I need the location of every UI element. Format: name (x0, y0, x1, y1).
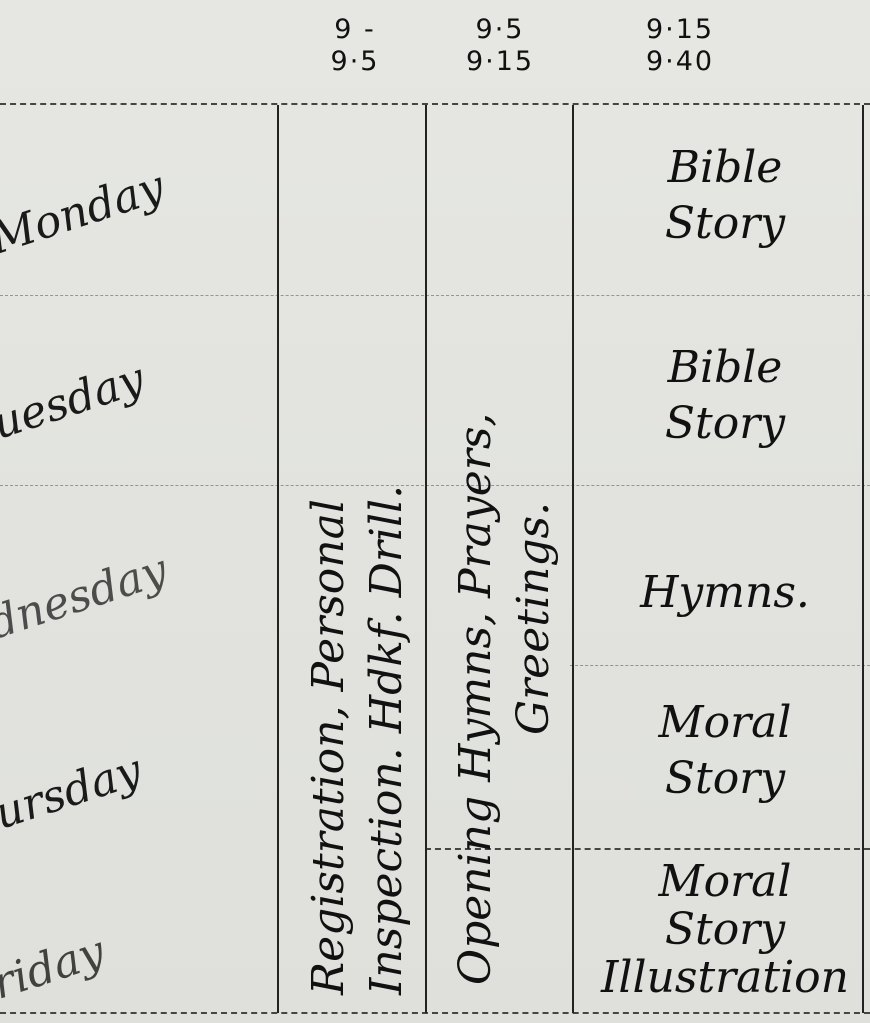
time-from: 9 - (285, 14, 425, 46)
registration-entry: Registration, Personal Inspection. Hdkf.… (300, 485, 416, 995)
entry-line: Story (585, 396, 865, 452)
row-divider-2 (0, 485, 870, 486)
entry-line: Illustration (585, 954, 865, 1002)
row-divider-3 (570, 665, 870, 666)
entry-wednesday: Hymns. (585, 565, 865, 621)
day-tuesday: uesday (0, 353, 150, 450)
opening-line-2: Greetings. (505, 413, 563, 985)
row-divider-1 (0, 295, 870, 296)
entry-line: Moral (585, 695, 865, 751)
entry-friday: Moral Story Illustration (585, 858, 865, 1002)
time-header-1: 9 - 9·5 (285, 14, 425, 78)
opening-entry: Opening Hymns, Prayers, Greetings. (447, 413, 563, 985)
entry-monday: Bible Story (585, 140, 865, 252)
timetable-page: 9 - 9·5 9·5 9·15 9·15 9·40 Monday uesday… (0, 0, 870, 1023)
column-divider-1 (277, 105, 279, 1013)
entry-line: Bible (585, 140, 865, 196)
column-divider-2 (425, 105, 427, 1013)
day-monday: Monday (0, 161, 170, 265)
time-header-2: 9·5 9·15 (430, 14, 570, 78)
entry-line: Story (585, 906, 865, 954)
time-to: 9·15 (430, 46, 570, 78)
day-thursday: ursday (0, 745, 148, 840)
entry-thursday: Moral Story (585, 695, 865, 807)
registration-line-2: Inspection. Hdkf. Drill. (358, 485, 416, 995)
entry-line: Story (585, 196, 865, 252)
day-wednesday: dnesday (0, 544, 173, 649)
time-from: 9·5 (430, 14, 570, 46)
time-to: 9·5 (285, 46, 425, 78)
header-divider (0, 103, 870, 105)
time-to: 9·40 (610, 46, 750, 78)
time-header-3: 9·15 9·40 (610, 14, 750, 78)
entry-line: Hymns. (585, 565, 865, 621)
bottom-border (0, 1012, 870, 1014)
registration-line-1: Registration, Personal (300, 485, 358, 995)
entry-tuesday: Bible Story (585, 340, 865, 452)
time-from: 9·15 (610, 14, 750, 46)
entry-line: Story (585, 751, 865, 807)
entry-line: Bible (585, 340, 865, 396)
day-friday: riday (0, 926, 111, 1010)
entry-line: Moral (585, 858, 865, 906)
opening-line-1: Opening Hymns, Prayers, (447, 413, 505, 985)
column-divider-3 (572, 105, 574, 1013)
